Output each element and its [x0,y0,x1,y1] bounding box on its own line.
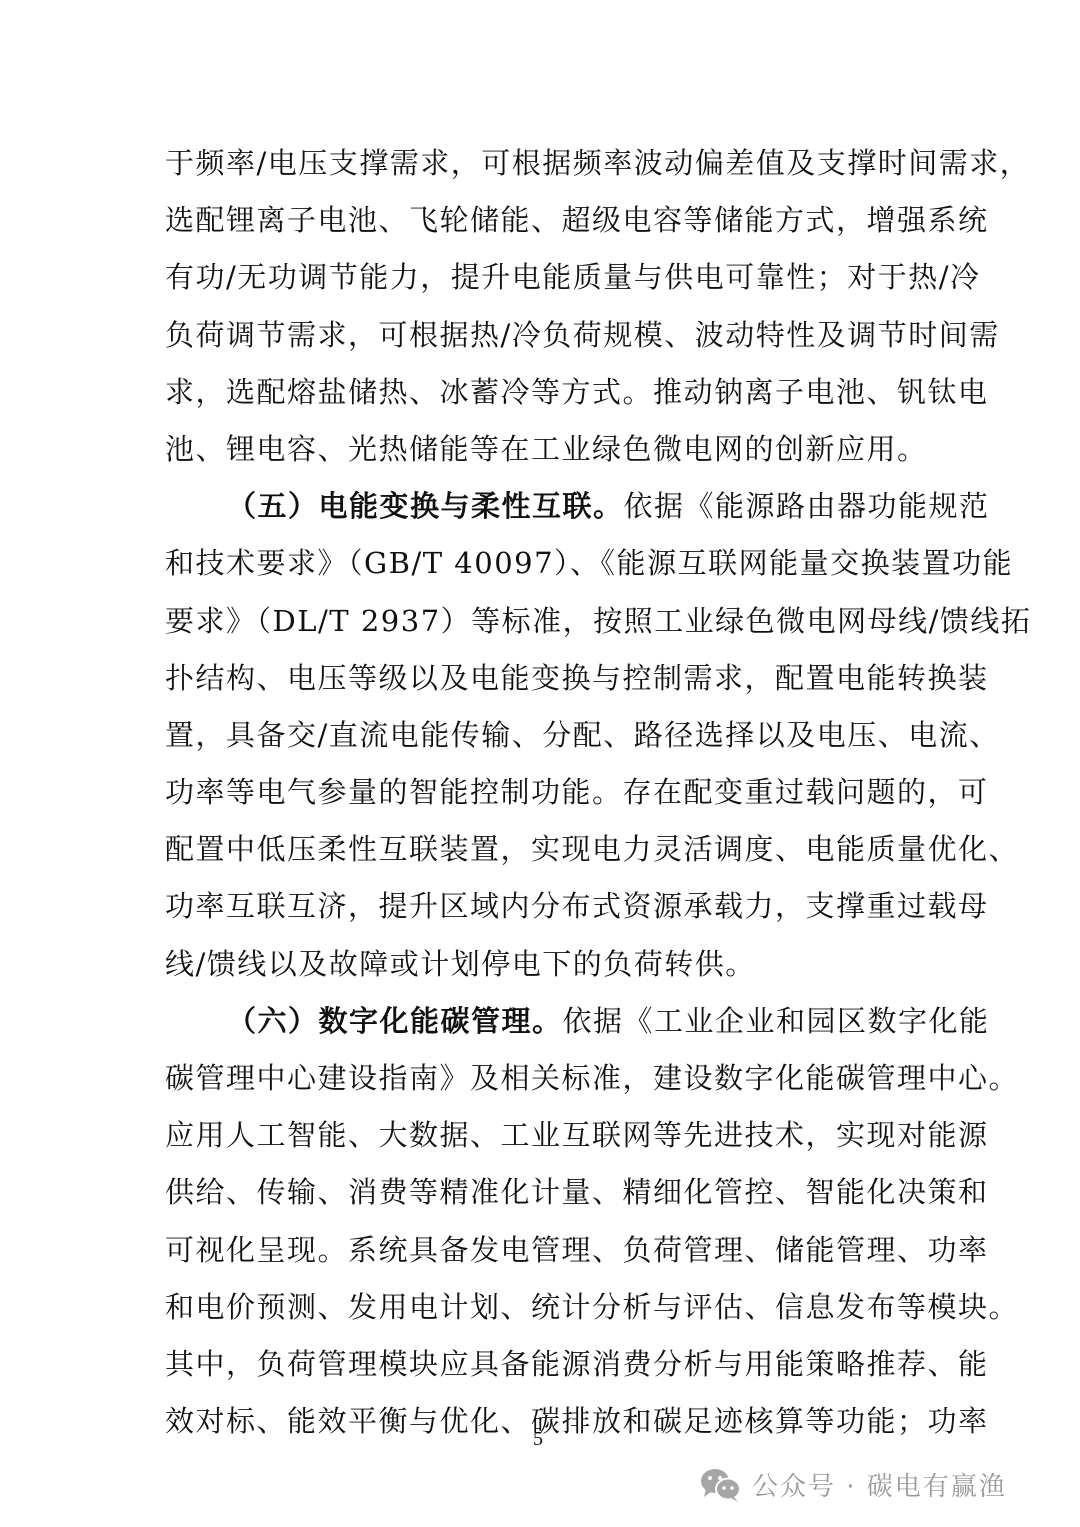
text-line: 线/馈线以及故障或计划停电下的负荷转供。 [165,936,925,993]
section-5-first-line: （五）电能变换与柔性互联。依据《能源路由器功能规范 [165,478,925,535]
text-line: 要求》（DL/T 2937）等标准，按照工业绿色微电网母线/馈线拓 [165,593,925,650]
page-number: 5 [533,1428,543,1451]
text-line: 配置中低压柔性互联装置，实现电力灵活调度、电能质量优化、 [165,821,925,878]
section-heading-6: （六）数字化能碳管理。 [227,1004,563,1038]
text-line: 和技术要求》（GB/T 40097）、《能源互联网能量交换装置功能 [165,535,925,592]
text-line: 其中，负荷管理模块应具备能源消费分析与用能策略推荐、能 [165,1336,925,1393]
text-line: 池、锂电容、光热储能等在工业绿色微电网的创新应用。 [165,421,925,478]
text-line: 功率互联互济，提升区域内分布式资源承载力，支撑重过载母 [165,878,925,935]
text-line: 供给、传输、消费等精准化计量、精细化管控、智能化决策和 [165,1164,925,1221]
watermark-label: 公众号 · 碳电有赢渔 [752,1466,1007,1503]
text-line: 应用人工智能、大数据、工业互联网等先进技术，实现对能源 [165,1107,925,1164]
document-page: 于频率/电压支撑需求，可根据频率波动偏差值及支撑时间需求， 选配锂离子电池、飞轮… [0,0,1080,1527]
text-line: 和电价预测、发用电计划、统计分析与评估、信息发布等模块。 [165,1279,925,1336]
text-line: 负荷调节需求，可根据热/冷负荷规模、波动特性及调节时间需 [165,307,925,364]
section-6-first-line: （六）数字化能碳管理。依据《工业企业和园区数字化能 [165,993,925,1050]
text-line: 于频率/电压支撑需求，可根据频率波动偏差值及支撑时间需求， [165,135,925,192]
section-heading-5: （五）电能变换与柔性互联。 [227,489,624,523]
text-line: 功率等电气参量的智能控制功能。存在配变重过载问题的，可 [165,764,925,821]
text-line: 扑结构、电压等级以及电能变换与控制需求，配置电能转换装 [165,650,925,707]
text-line: 求，选配熔盐储热、冰蓄冷等方式。推动钠离子电池、钒钛电 [165,364,925,421]
text-line: 效对标、能效平衡与优化、碳排放和碳足迹核算等功能；功率 [165,1393,925,1450]
wechat-icon [700,1467,742,1503]
text-run: 依据《工业企业和园区数字化能 [563,1004,990,1038]
text-line: 可视化呈现。系统具备发电管理、负荷管理、储能管理、功率 [165,1222,925,1279]
text-line: 碳管理中心建设指南》及相关标准，建设数字化能碳管理中心。 [165,1050,925,1107]
body-text: 于频率/电压支撑需求，可根据频率波动偏差值及支撑时间需求， 选配锂离子电池、飞轮… [165,135,925,1450]
watermark: 公众号 · 碳电有赢渔 [700,1466,1007,1503]
text-line: 有功/无功调节能力，提升电能质量与供电可靠性；对于热/冷 [165,249,925,306]
text-line: 置，具备交/直流电能传输、分配、路径选择以及电压、电流、 [165,707,925,764]
text-line: 选配锂离子电池、飞轮储能、超级电容等储能方式，增强系统 [165,192,925,249]
text-run: 依据《能源路由器功能规范 [624,489,990,523]
